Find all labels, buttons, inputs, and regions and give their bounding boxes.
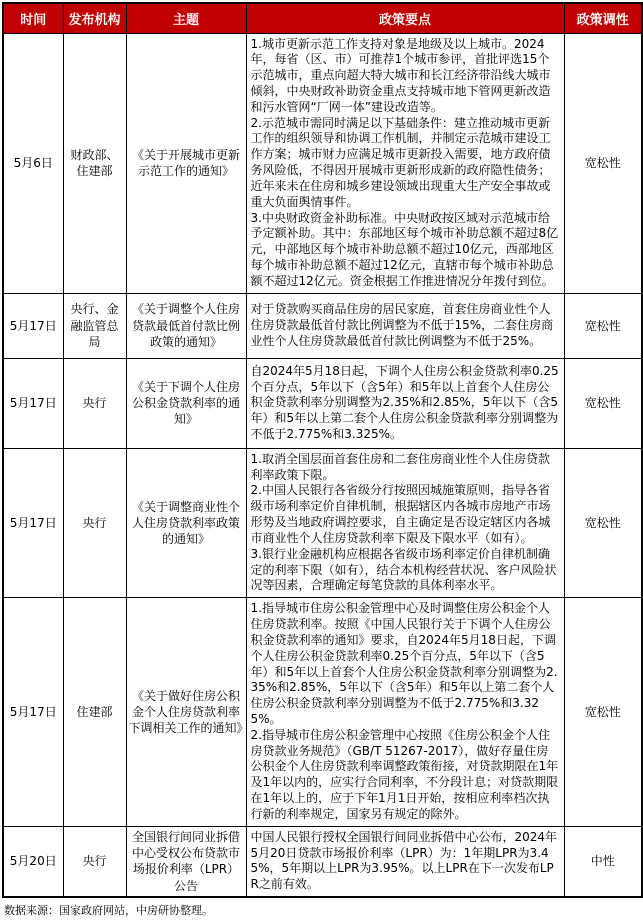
- cell-date: 5月17日: [3, 598, 63, 827]
- table-row: 5月17日 央行、金融监管总局 《关于调整个人住房贷款最低首付款比例政策的通知》…: [3, 293, 642, 358]
- policy-table-page: 时间 发布机构 主题 政策要点 政策调性 5月6日 财政部、住建部 《关于开展城…: [0, 0, 643, 922]
- cell-agency: 央行、金融监管总局: [63, 293, 126, 358]
- cell-topic: 《关于开展城市更新示范工作的通知》: [126, 33, 246, 293]
- data-source-note: 数据来源：国家政府网站，中房研协整理。: [2, 898, 641, 920]
- cell-policy-tone: 宽松性: [564, 598, 642, 827]
- table-row: 5月6日 财政部、住建部 《关于开展城市更新示范工作的通知》 1.城市更新示范工…: [3, 33, 642, 293]
- table-row: 5月20日 央行 全国银行间同业拆借中心受权公布贷款市场报价利率（LPR）公告 …: [3, 826, 642, 897]
- cell-agency: 央行: [63, 826, 126, 897]
- cell-agency: 住建部: [63, 598, 126, 827]
- cell-date: 5月6日: [3, 33, 63, 293]
- cell-topic: 《关于下调个人住房公积金贷款利率的通知》: [126, 358, 246, 448]
- cell-policy-tone: 宽松性: [564, 293, 642, 358]
- header-agency: 发布机构: [63, 3, 126, 33]
- header-topic: 主题: [126, 3, 246, 33]
- header-policy-tone: 政策调性: [564, 3, 642, 33]
- cell-topic: 《关于做好住房公积金个人住房贷款利率下调相关工作的通知》: [126, 598, 246, 827]
- cell-policy-points: 对于贷款购买商品住房的居民家庭，首套住房商业性个人住房贷款最低首付款比例调整为不…: [246, 293, 564, 358]
- table-row: 5月17日 央行 《关于调整商业性个人住房贷款利率政策的通知》 1.取消全国层面…: [3, 448, 642, 597]
- cell-agency: 央行: [63, 358, 126, 448]
- cell-date: 5月17日: [3, 358, 63, 448]
- cell-date: 5月17日: [3, 293, 63, 358]
- cell-policy-tone: 宽松性: [564, 448, 642, 597]
- cell-date: 5月17日: [3, 448, 63, 597]
- cell-agency: 央行: [63, 448, 126, 597]
- policy-table: 时间 发布机构 主题 政策要点 政策调性 5月6日 财政部、住建部 《关于开展城…: [2, 2, 643, 898]
- header-policy-points: 政策要点: [246, 3, 564, 33]
- cell-policy-tone: 宽松性: [564, 33, 642, 293]
- table-row: 5月17日 住建部 《关于做好住房公积金个人住房贷款利率下调相关工作的通知》 1…: [3, 598, 642, 827]
- cell-topic: 《关于调整个人住房贷款最低首付款比例政策的通知》: [126, 293, 246, 358]
- cell-policy-tone: 中性: [564, 826, 642, 897]
- cell-date: 5月20日: [3, 826, 63, 897]
- table-header-row: 时间 发布机构 主题 政策要点 政策调性: [3, 3, 642, 33]
- cell-topic: 《关于调整商业性个人住房贷款利率政策的通知》: [126, 448, 246, 597]
- cell-policy-points: 自2024年5月18日起，下调个人住房公积金贷款利率0.25个百分点，5年以下（…: [246, 358, 564, 448]
- cell-policy-points: 中国人民银行授权全国银行间同业拆借中心公布，2024年5月20日贷款市场报价利率…: [246, 826, 564, 897]
- header-time: 时间: [3, 3, 63, 33]
- table-row: 5月17日 央行 《关于下调个人住房公积金贷款利率的通知》 自2024年5月18…: [3, 358, 642, 448]
- cell-policy-points: 1.指导城市住房公积金管理中心及时调整住房公积金个人住房贷款利率。按照《中国人民…: [246, 598, 564, 827]
- cell-topic: 全国银行间同业拆借中心受权公布贷款市场报价利率（LPR）公告: [126, 826, 246, 897]
- cell-policy-tone: 宽松性: [564, 358, 642, 448]
- cell-policy-points: 1.城市更新示范工作支持对象是地级及以上城市。2024年，每省（区、市）可推荐1…: [246, 33, 564, 293]
- cell-agency: 财政部、住建部: [63, 33, 126, 293]
- cell-policy-points: 1.取消全国层面首套住房和二套住房商业性个人住房贷款利率政策下限。 2.中国人民…: [246, 448, 564, 597]
